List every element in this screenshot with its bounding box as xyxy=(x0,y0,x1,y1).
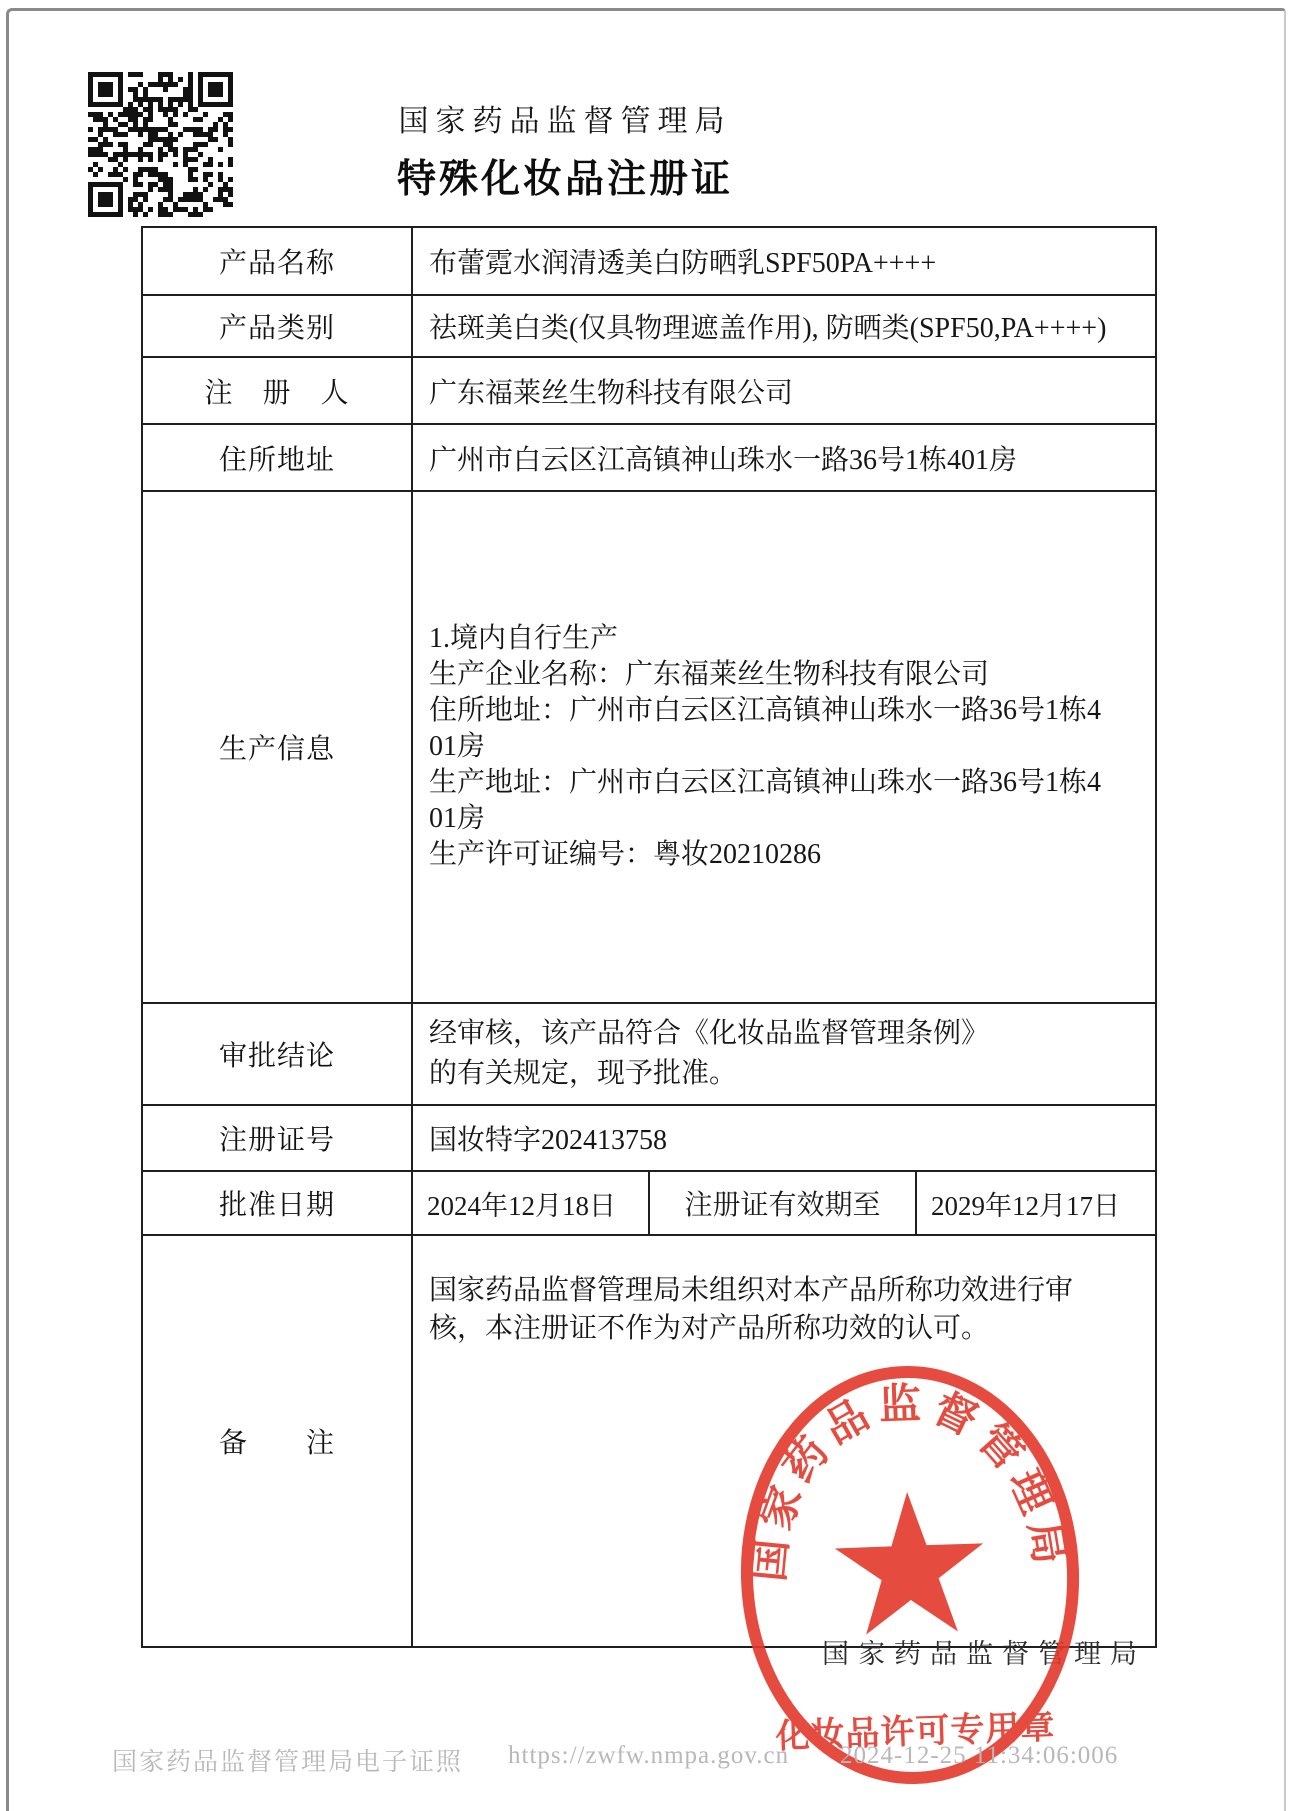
issuing-authority: 国家药品监督管理局 xyxy=(0,96,1130,140)
remarks-label: 备 注 xyxy=(143,1236,413,1646)
product-category-value: 祛斑美白类(仅具物理遮盖作用), 防晒类(SPF50,PA++++) xyxy=(413,296,1155,356)
production-line: 01房 xyxy=(429,729,1101,765)
remarks-line: 核，本注册证不作为对产品所称功效的认可。 xyxy=(429,1310,1073,1348)
product-category-label: 产品类别 xyxy=(143,296,413,356)
certificate-header: 国家药品监督管理局 特殊化妆品注册证 xyxy=(0,96,1130,204)
approval-conclusion-label: 审批结论 xyxy=(143,1004,413,1104)
product-name-value: 布蕾霓水润清透美白防晒乳SPF50PA++++ xyxy=(413,228,1155,294)
remarks-line: 国家药品监督管理局未组织对本产品所称功效进行审 xyxy=(429,1272,1073,1310)
table-row-approval-conclusion: 审批结论 经审核，该产品符合《化妆品监督管理条例》 的有关规定，现予批准。 xyxy=(143,1002,1155,1104)
footer: 国家药品监督管理局电子证照 https://zwfw.nmpa.gov.cn 2… xyxy=(0,1742,1290,1782)
registration-number-value: 国妆特字202413758 xyxy=(413,1106,1155,1170)
footer-timestamp: 2024-12-25 11:34:06:006 xyxy=(840,1742,1118,1770)
validity-label: 注册证有效期至 xyxy=(650,1172,917,1234)
residence-address-value: 广州市白云区江高镇神山珠水一路36号1栋401房 xyxy=(413,425,1155,490)
certificate-title: 特殊化妆品注册证 xyxy=(0,148,1130,204)
table-row-product-name: 产品名称 布蕾霓水润清透美白防晒乳SPF50PA++++ xyxy=(143,228,1155,294)
production-line: 生产许可证编号：粤妆20210286 xyxy=(429,837,1101,873)
production-line: 生产地址：广州市白云区江高镇神山珠水一路36号1栋4 xyxy=(429,765,1101,801)
registrant-label: 注 册 人 xyxy=(143,358,413,423)
approval-line: 经审核，该产品符合《化妆品监督管理条例》 xyxy=(429,1014,989,1054)
production-line: 生产企业名称：广东福莱丝生物科技有限公司 xyxy=(429,657,1101,693)
production-info-label: 生产信息 xyxy=(143,492,413,1002)
certificate-page: 国家药品监督管理局 特殊化妆品注册证 产品名称 布蕾霓水润清透美白防晒乳SPF5… xyxy=(0,0,1290,1811)
approval-conclusion-lines: 经审核，该产品符合《化妆品监督管理条例》 的有关规定，现予批准。 xyxy=(429,1014,989,1094)
approval-date-label: 批准日期 xyxy=(143,1172,413,1234)
production-line: 住所地址：广州市白云区江高镇神山珠水一路36号1栋4 xyxy=(429,693,1101,729)
production-line: 01房 xyxy=(429,801,1101,837)
table-row-approval-date: 批准日期 2024年12月18日 注册证有效期至 2029年12月17日 xyxy=(143,1170,1155,1234)
table-row-product-category: 产品类别 祛斑美白类(仅具物理遮盖作用), 防晒类(SPF50,PA++++) xyxy=(143,294,1155,356)
production-line: 1.境内自行生产 xyxy=(429,621,1101,657)
star-icon xyxy=(833,1489,986,1635)
table-row-residence-address: 住所地址 广州市白云区江高镇神山珠水一路36号1栋401房 xyxy=(143,423,1155,490)
product-name-label: 产品名称 xyxy=(143,228,413,294)
approval-conclusion-value: 经审核，该产品符合《化妆品监督管理条例》 的有关规定，现予批准。 xyxy=(413,1004,1155,1104)
table-row-registrant: 注 册 人 广东福莱丝生物科技有限公司 xyxy=(143,356,1155,423)
production-info-lines: 1.境内自行生产 生产企业名称：广东福莱丝生物科技有限公司 住所地址：广州市白云… xyxy=(429,621,1101,873)
production-info-value: 1.境内自行生产 生产企业名称：广东福莱丝生物科技有限公司 住所地址：广州市白云… xyxy=(413,492,1155,1002)
footer-url: https://zwfw.nmpa.gov.cn xyxy=(508,1742,789,1770)
remarks-lines: 国家药品监督管理局未组织对本产品所称功效进行审 核，本注册证不作为对产品所称功效… xyxy=(429,1272,1073,1348)
registrant-value: 广东福莱丝生物科技有限公司 xyxy=(413,358,1155,423)
residence-address-label: 住所地址 xyxy=(143,425,413,490)
valid-until-value: 2029年12月17日 xyxy=(917,1172,1155,1234)
table-row-registration-number: 注册证号 国妆特字202413758 xyxy=(143,1104,1155,1170)
approval-date-value: 2024年12月18日 xyxy=(413,1172,650,1234)
official-seal: 国家药品监督管理局 化妆品许可专用章 xyxy=(712,1349,1107,1802)
footer-issuer-text: 国家药品监督管理局电子证照 xyxy=(112,1742,463,1778)
registration-number-label: 注册证号 xyxy=(143,1106,413,1170)
approval-line: 的有关规定，现予批准。 xyxy=(429,1054,989,1094)
table-row-production-info: 生产信息 1.境内自行生产 生产企业名称：广东福莱丝生物科技有限公司 住所地址：… xyxy=(143,490,1155,1002)
